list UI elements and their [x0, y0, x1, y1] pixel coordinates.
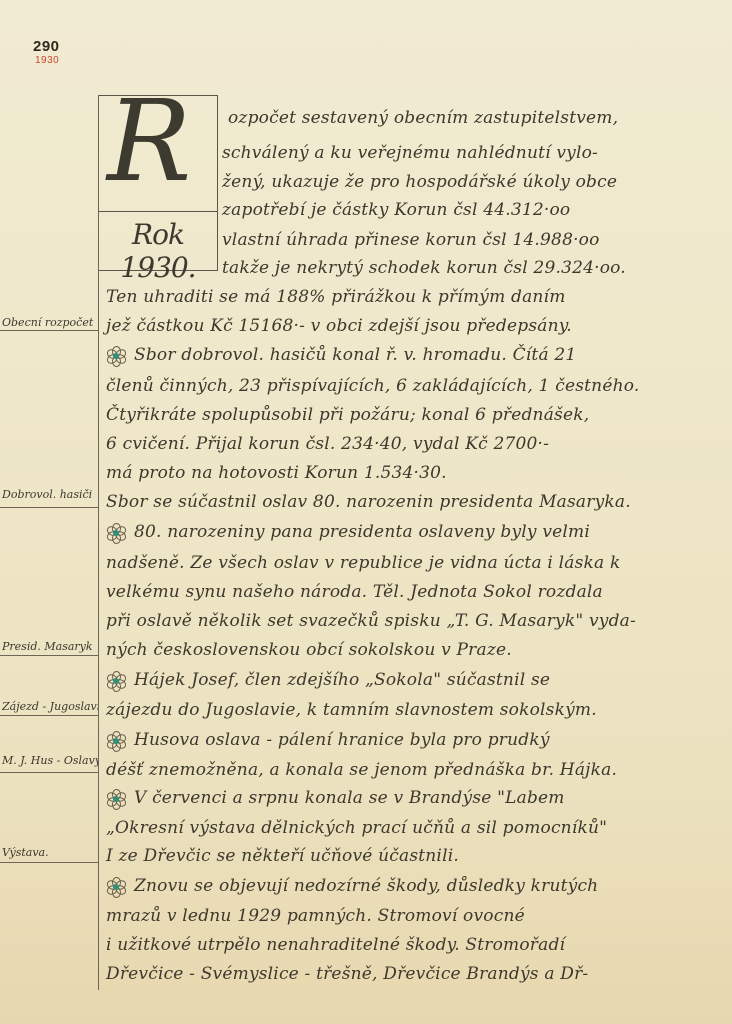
text-line: Husova oslava - pálení hranice byla pro …: [106, 730, 550, 751]
text-line: Znovu se objevují nedozírné škody, důsle…: [106, 876, 598, 897]
text-line: ozpočet sestavený obecním zastupitelstve…: [228, 108, 618, 128]
flower-ornament-icon: [106, 671, 126, 691]
text-line-content: žený, ukazuje že pro hospodářské úkoly o…: [222, 172, 617, 192]
text-line: Dřevčice - Svémyslice - třešně, Dřevčice…: [106, 964, 588, 984]
flower-ornament-icon: [106, 731, 126, 751]
text-line: zájezdu do Jugoslavie, k tamním slavnost…: [106, 700, 597, 720]
text-line-content: ných československou obcí sokolskou v Pr…: [106, 640, 512, 660]
text-line: velkému synu našeho národa. Těl. Jednota…: [106, 582, 603, 602]
margin-note: M. J. Hus - Oslavy: [2, 754, 98, 767]
page-number: 290: [33, 38, 60, 55]
text-line: „Okresní výstava dělnických prací učňů a…: [106, 818, 607, 838]
margin-note: Dobrovol. hasiči: [2, 488, 98, 501]
text-line: Čtyřikráte spolupůsobil při požáru; kona…: [106, 405, 589, 425]
text-line: V červenci a srpnu konala se v Brandýse …: [106, 788, 565, 809]
text-line-content: Čtyřikráte spolupůsobil při požáru; kona…: [106, 405, 589, 425]
text-line-content: déšť znemožněna, a konala se jenom předn…: [106, 760, 617, 780]
initial-box: R Rok 1930.: [99, 95, 218, 271]
text-line-content: V červenci a srpnu konala se v Brandýse …: [134, 788, 565, 808]
text-line-content: nadšeně. Ze všech oslav v republice je v…: [106, 553, 620, 573]
margin-note-underline: [0, 330, 98, 331]
initial-letter-cell: R: [99, 96, 217, 212]
text-line: I ze Dřevčic se někteří učňové účastnili…: [106, 846, 459, 866]
text-line-content: zapotřebí je částky Korun čsl 44.312·oo: [222, 200, 570, 220]
text-line: Ten uhraditi se má 188% přirážkou k přím…: [106, 287, 566, 307]
text-line-content: zájezdu do Jugoslavie, k tamním slavnost…: [106, 700, 597, 720]
margin-note-underline: [0, 862, 98, 863]
text-line-content: ozpočet sestavený obecním zastupitelstve…: [228, 108, 618, 128]
text-line: i užitkové utrpělo nenahraditelné škody.…: [106, 935, 565, 955]
text-line-content: Sbor se súčastnil oslav 80. narozenin pr…: [106, 492, 631, 512]
text-line-content: 6 cvičení. Přijal korun čsl. 234·40, vyd…: [106, 434, 549, 454]
text-line-content: Dřevčice - Svémyslice - třešně, Dřevčice…: [106, 964, 588, 984]
margin-note: Presid. Masaryk: [2, 640, 98, 653]
text-line: 80. narozeniny pana presidenta oslaveny …: [106, 522, 590, 543]
text-line: Hájek Josef, člen zdejšího „Sokola" súča…: [106, 670, 550, 691]
text-line-content: i užitkové utrpělo nenahraditelné škody.…: [106, 935, 565, 955]
text-line: členů činných, 23 přispívajících, 6 zakl…: [106, 376, 639, 396]
decorated-initial-r: R: [107, 86, 191, 198]
text-line: má proto na hotovosti Korun 1.534·30.: [106, 463, 447, 483]
text-line-content: Husova oslava - pálení hranice byla pro …: [134, 730, 550, 750]
text-line: Sbor se súčastnil oslav 80. narozenin pr…: [106, 492, 631, 512]
text-line: schválený a ku veřejnému nahlédnutí vylo…: [222, 143, 598, 163]
text-line-content: při oslavě několik set svazečků spisku „…: [106, 611, 636, 631]
text-line-content: I ze Dřevčic se někteří učňové účastnili…: [106, 846, 459, 866]
flower-ornament-icon: [106, 523, 126, 543]
flower-ornament-icon: [106, 877, 126, 897]
text-line: mrazů v lednu 1929 pamných. Stromoví ovo…: [106, 906, 525, 926]
text-line: žený, ukazuje že pro hospodářské úkoly o…: [222, 172, 617, 192]
margin-note-underline: [0, 715, 98, 716]
text-line: 6 cvičení. Přijal korun čsl. 234·40, vyd…: [106, 434, 549, 454]
text-line: při oslavě několik set svazečků spisku „…: [106, 611, 636, 631]
text-line: takže je nekrytý schodek korun čsl 29.32…: [222, 258, 626, 278]
text-line-content: Znovu se objevují nedozírné škody, důsle…: [134, 876, 598, 896]
text-line: nadšeně. Ze všech oslav v republice je v…: [106, 553, 620, 573]
text-line-content: má proto na hotovosti Korun 1.534·30.: [106, 463, 447, 483]
margin-note: Výstava.: [2, 846, 98, 859]
text-line-content: jež částkou Kč 15168·- v obci zdejší jso…: [106, 316, 572, 336]
text-line-content: velkému synu našeho národa. Těl. Jednota…: [106, 582, 603, 602]
margin-note: Obecní rozpočet: [2, 316, 98, 329]
margin-note-underline: [0, 655, 98, 656]
page-year: 1930: [35, 55, 59, 66]
text-line-content: Hájek Josef, člen zdejšího „Sokola" súča…: [134, 670, 550, 690]
text-line-content: vlastní úhrada přinese korun čsl 14.988·…: [222, 230, 600, 250]
text-line-content: členů činných, 23 přispívajících, 6 zakl…: [106, 376, 639, 396]
flower-ornament-icon: [106, 789, 126, 809]
text-line-content: 80. narozeniny pana presidenta oslaveny …: [134, 522, 590, 542]
text-line: jež částkou Kč 15168·- v obci zdejší jso…: [106, 316, 572, 336]
text-line: zapotřebí je částky Korun čsl 44.312·oo: [222, 200, 570, 220]
text-line: Sbor dobrovol. hasičů konal ř. v. hromad…: [106, 345, 576, 366]
text-line-content: schválený a ku veřejnému nahlédnutí vylo…: [222, 143, 598, 163]
text-line-content: Sbor dobrovol. hasičů konal ř. v. hromad…: [134, 345, 576, 365]
year-label: Rok 1930.: [101, 218, 215, 284]
text-line-content: takže je nekrytý schodek korun čsl 29.32…: [222, 258, 626, 278]
text-line-content: mrazů v lednu 1929 pamných. Stromoví ovo…: [106, 906, 525, 926]
text-line: ných československou obcí sokolskou v Pr…: [106, 640, 512, 660]
margin-note-underline: [0, 507, 98, 508]
text-line: vlastní úhrada přinese korun čsl 14.988·…: [222, 230, 600, 250]
flower-ornament-icon: [106, 346, 126, 366]
text-line: déšť znemožněna, a konala se jenom předn…: [106, 760, 617, 780]
margin-note: Zájezd - Jugoslavie: [2, 700, 98, 713]
text-line-content: „Okresní výstava dělnických prací učňů a…: [106, 818, 607, 838]
text-line-content: Ten uhraditi se má 188% přirážkou k přím…: [106, 287, 566, 307]
margin-note-underline: [0, 772, 98, 773]
